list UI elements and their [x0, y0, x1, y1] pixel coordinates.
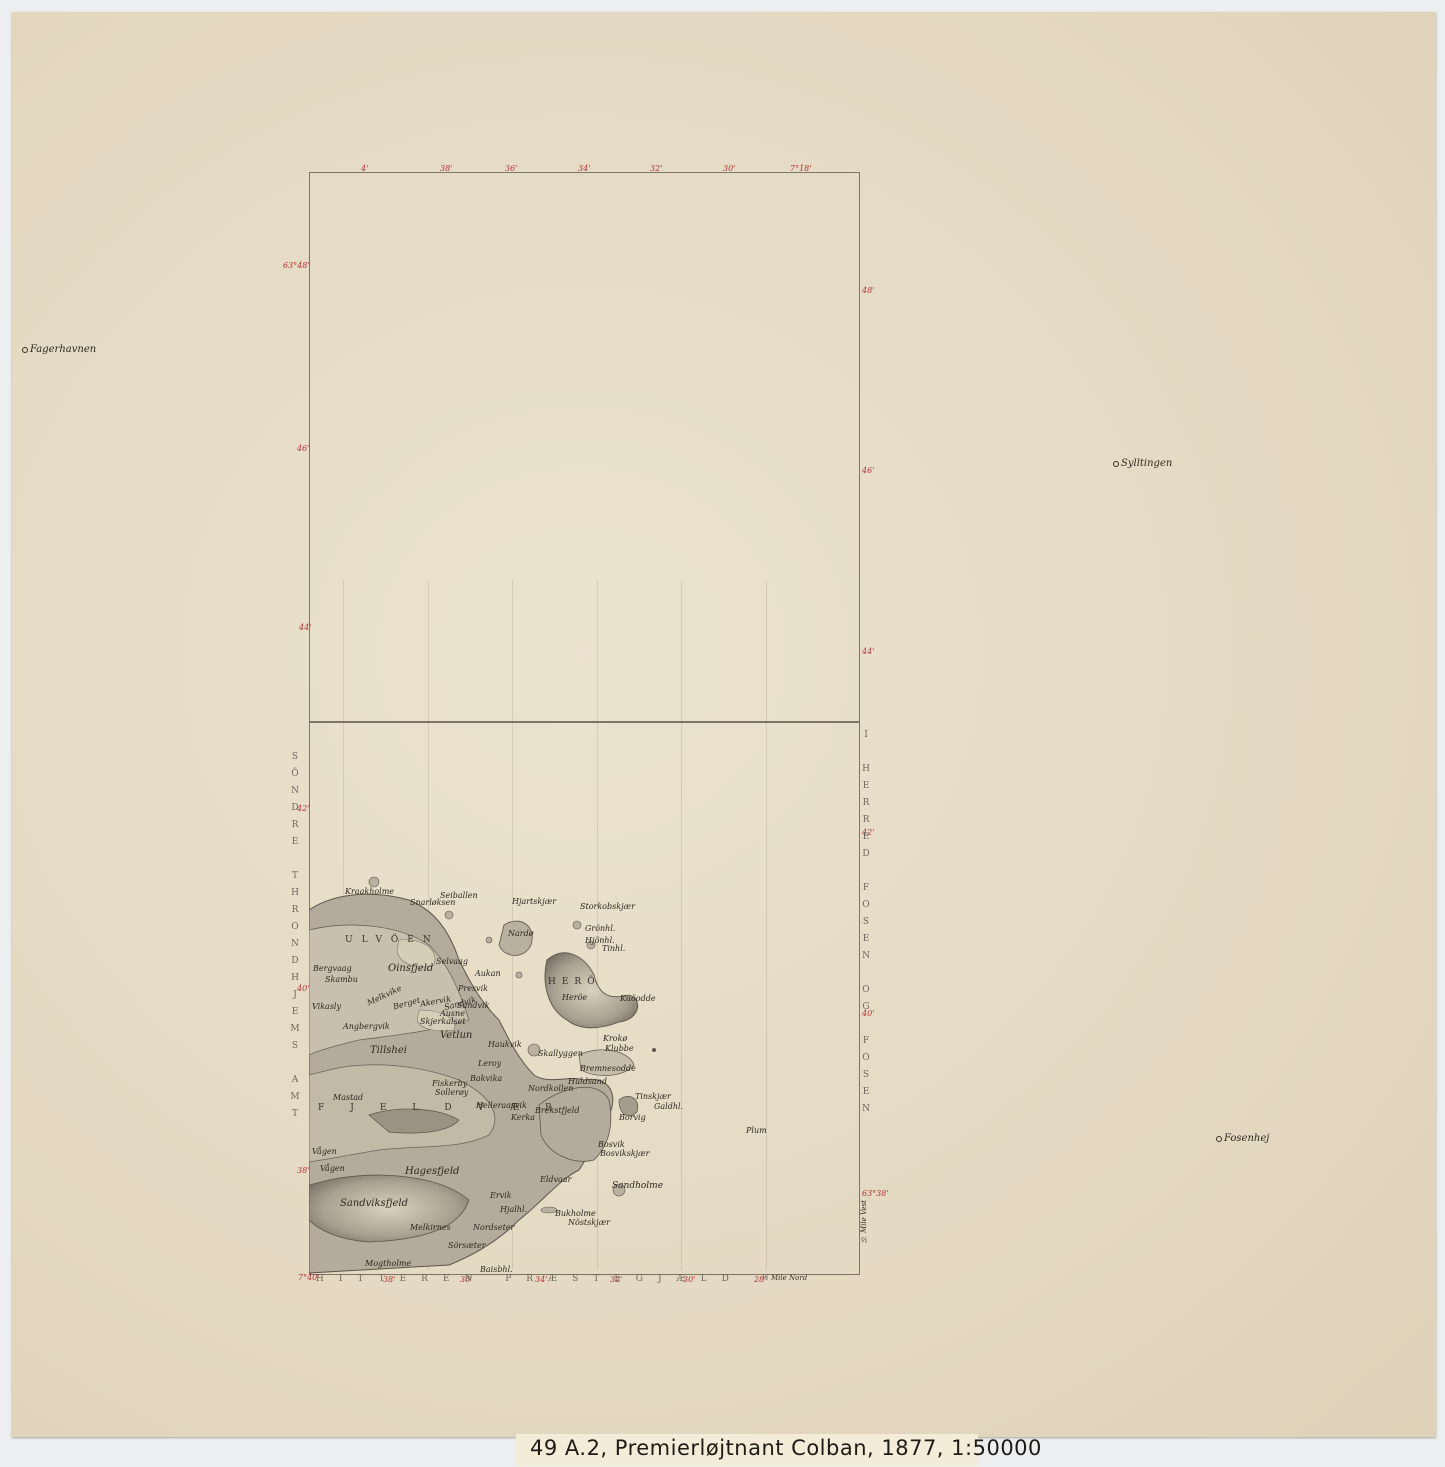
tick-top: 36'	[505, 165, 517, 173]
place-label: Kuöodde	[620, 995, 656, 1003]
place-label: Mogtholme	[365, 1260, 411, 1268]
place-label: Vikasly	[312, 1003, 341, 1011]
place-label: Angbergvik	[343, 1023, 390, 1031]
place-label: Borvig	[619, 1114, 646, 1122]
place-label: Vågen	[312, 1148, 337, 1156]
place-label: Snarløksen	[410, 899, 455, 907]
place-label: Sandholme	[612, 1182, 663, 1190]
place-label: Sandviksfjeld	[340, 1200, 408, 1208]
place-label: Selvaag	[436, 958, 468, 966]
place-label: Bremnesodde	[580, 1065, 636, 1073]
place-label: Heröe	[562, 994, 587, 1002]
catalog-label: 49 A.2, Premierløjtnant Colban, 1877, 1:…	[530, 1436, 1042, 1460]
place-label: Ervik	[490, 1192, 512, 1200]
place-label: Nardø	[508, 930, 534, 938]
place-label: Hagesfjeld	[405, 1168, 459, 1176]
place-label: Vågen	[320, 1165, 345, 1173]
place-label: Sollerøy	[435, 1089, 468, 1097]
tick-top: 38'	[440, 165, 452, 173]
place-label: Galdhl.	[654, 1103, 683, 1111]
place-label: Bukholme	[555, 1210, 596, 1218]
place-label: Krokø	[603, 1035, 627, 1043]
tick-left: 46'	[297, 445, 309, 453]
place-label: Huldsand	[568, 1078, 607, 1086]
place-label: Storkobskjær	[580, 903, 635, 911]
tick-right: 48'	[862, 287, 874, 295]
place-label: Hjalhl.	[500, 1206, 527, 1214]
place-label: Klubbe	[605, 1045, 634, 1053]
place-label: Skjerkalset	[420, 1018, 466, 1026]
right-margin-note: ½ Mile Vest	[860, 1200, 868, 1243]
place-label: Vetlun	[440, 1032, 472, 1040]
island-label-ulvoen: ULVÖEN	[345, 935, 440, 945]
tick-right: 46'	[862, 467, 874, 475]
place-name: Fosenhej	[1224, 1133, 1269, 1144]
place-label: Nöstskjær	[568, 1219, 610, 1227]
left-margin-region-label: SÖNDRE THRONDHJEMS AMT	[290, 752, 300, 1262]
tick-top: 7°18'	[790, 165, 811, 173]
settlement-marker-icon	[22, 347, 28, 353]
place-label: Kerka	[511, 1114, 535, 1122]
place-label: Oinsfjeld	[388, 965, 433, 973]
place-label: Bergvaag	[313, 965, 352, 973]
tick-left: 63°48'	[283, 262, 310, 270]
place-label: Eldvaar	[540, 1176, 571, 1184]
place-label: Leroy	[478, 1060, 501, 1068]
place-label: Bosvikskjær	[600, 1150, 650, 1158]
place-name: Sylltingen	[1121, 458, 1172, 469]
place-label: Baisbhl.	[480, 1266, 513, 1274]
place-label: Sörsæter	[448, 1242, 486, 1250]
tick-right: 44'	[862, 648, 874, 656]
place-label: Haukvik	[488, 1041, 522, 1049]
place-label: Skallyggen	[538, 1050, 583, 1058]
tick-left: 44'	[299, 624, 311, 632]
place-label: Helleraasvik	[476, 1102, 527, 1110]
island-label-hero: HERÖ	[548, 977, 601, 987]
place-label: Bosvik	[598, 1141, 625, 1149]
map-frame-upper	[309, 172, 860, 723]
settlement-marker-icon	[1113, 461, 1119, 467]
place-label: Mastad	[333, 1094, 363, 1102]
tick-top: 32'	[650, 165, 662, 173]
place-name: Fagerhavnen	[30, 344, 96, 355]
place-fosenhej: Fosenhej	[1216, 1134, 1269, 1144]
tick-top: 4'	[361, 165, 368, 173]
place-label: Aukan	[475, 970, 501, 978]
place-label: Nordseter	[473, 1224, 514, 1232]
place-label: Hjartskjær	[512, 898, 556, 906]
bottom-scale-note: ½ Mile Nord	[762, 1274, 807, 1282]
settlement-marker-icon	[1216, 1136, 1222, 1142]
place-label: Tillshei	[370, 1047, 407, 1055]
tick-top: 34'	[578, 165, 590, 173]
tick-right: 63°38'	[862, 1190, 889, 1198]
place-label: Plum	[746, 1127, 767, 1135]
place-label: Fiskerby	[432, 1080, 467, 1088]
place-sylltingen: Sylltingen	[1113, 459, 1172, 469]
place-label: Tinhl.	[602, 945, 625, 953]
place-label: Presvik	[458, 985, 488, 993]
place-label: Kraakholme	[345, 888, 394, 896]
tick-top: 30'	[723, 165, 735, 173]
place-label: Bakvika	[470, 1075, 502, 1083]
place-label: Grönhl.	[585, 925, 615, 933]
right-margin-region-label: I HERRED FOSEN OG FOSEN	[861, 730, 871, 1190]
place-label: Brekstfjeld	[535, 1107, 579, 1115]
place-label: Nordkollen	[528, 1085, 573, 1093]
place-label: Melkirnes	[410, 1224, 451, 1232]
place-label: Skambu	[325, 976, 358, 984]
place-label: Tinskjær	[635, 1093, 671, 1101]
place-fagerhavnen: Fagerhavnen	[22, 345, 96, 355]
